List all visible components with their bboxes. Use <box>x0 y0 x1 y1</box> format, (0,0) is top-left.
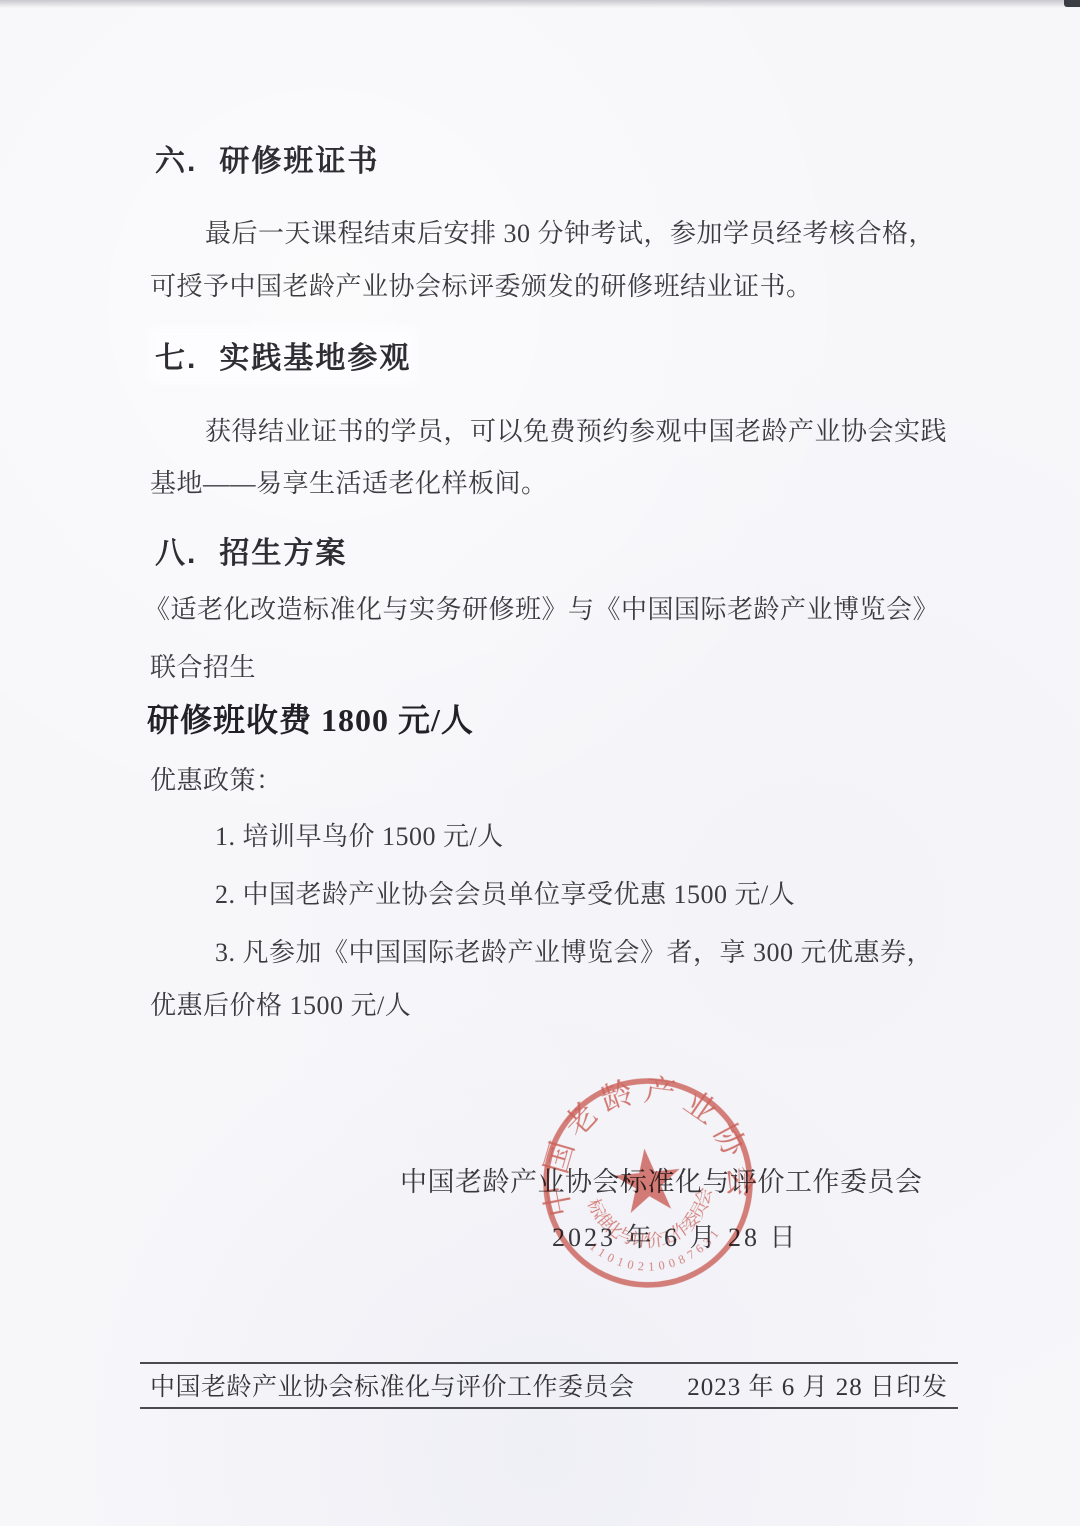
discount-item-continuation: 优惠后价格 1500 元/人 <box>150 985 411 1022</box>
section-title: 招生方案 <box>219 537 347 570</box>
discount-item: 2. 中国老龄产业协会会员单位享受优惠 1500 元/人 <box>215 874 795 911</box>
scan-corner-mark <box>1064 0 1080 7</box>
paragraph-line: 最后一天课程结束后安排 30 分钟考试，参加学员经考核合格， <box>205 213 935 250</box>
footer-issue-date: 2023 年 6 月 28 日印发 <box>687 1367 948 1403</box>
official-seal: 中国老龄产业协会 标准化与评价工作委员会 11010210087631 <box>530 1065 765 1300</box>
paragraph-line: 可授予中国老龄产业协会标评委颁发的研修班结业证书。 <box>150 266 813 303</box>
section-heading-7: 七.实践基地参观 <box>155 333 411 377</box>
seal-star-icon <box>612 1145 684 1214</box>
discount-policy-label: 优惠政策： <box>150 760 283 797</box>
section-heading-8: 八.招生方案 <box>155 528 347 572</box>
paragraph-line: 联合招生 <box>150 647 256 684</box>
footer: 中国老龄产业协会标准化与评价工作委员会 2023 年 6 月 28 日印发 <box>140 1362 958 1409</box>
section-number: 六. <box>155 136 197 180</box>
paragraph-line: 获得结业证书的学员，可以免费预约参观中国老龄产业协会实践 <box>205 411 947 448</box>
section-number: 八. <box>155 528 197 572</box>
section-title: 研修班证书 <box>219 145 379 178</box>
paragraph-line: 基地——易享生活适老化样板间。 <box>150 463 548 500</box>
section-number: 七. <box>155 333 197 377</box>
scan-top-edge-artifact <box>0 0 1080 8</box>
footer-org: 中国老龄产业协会标准化与评价工作委员会 <box>150 1367 635 1403</box>
section-heading-6: 六.研修班证书 <box>155 136 379 180</box>
paragraph-line: 《适老化改造标准化与实务研修班》与《中国国际老龄产业博览会》 <box>144 589 939 626</box>
discount-item: 3. 凡参加《中国国际老龄产业博览会》者，享 300 元优惠券， <box>215 932 933 969</box>
section-title: 实践基地参观 <box>219 342 411 375</box>
fee-line: 研修班收费 1800 元/人 <box>147 695 474 741</box>
document-page: 六.研修班证书 最后一天课程结束后安排 30 分钟考试，参加学员经考核合格， 可… <box>0 0 1080 1526</box>
discount-item: 1. 培训早鸟价 1500 元/人 <box>215 816 504 853</box>
